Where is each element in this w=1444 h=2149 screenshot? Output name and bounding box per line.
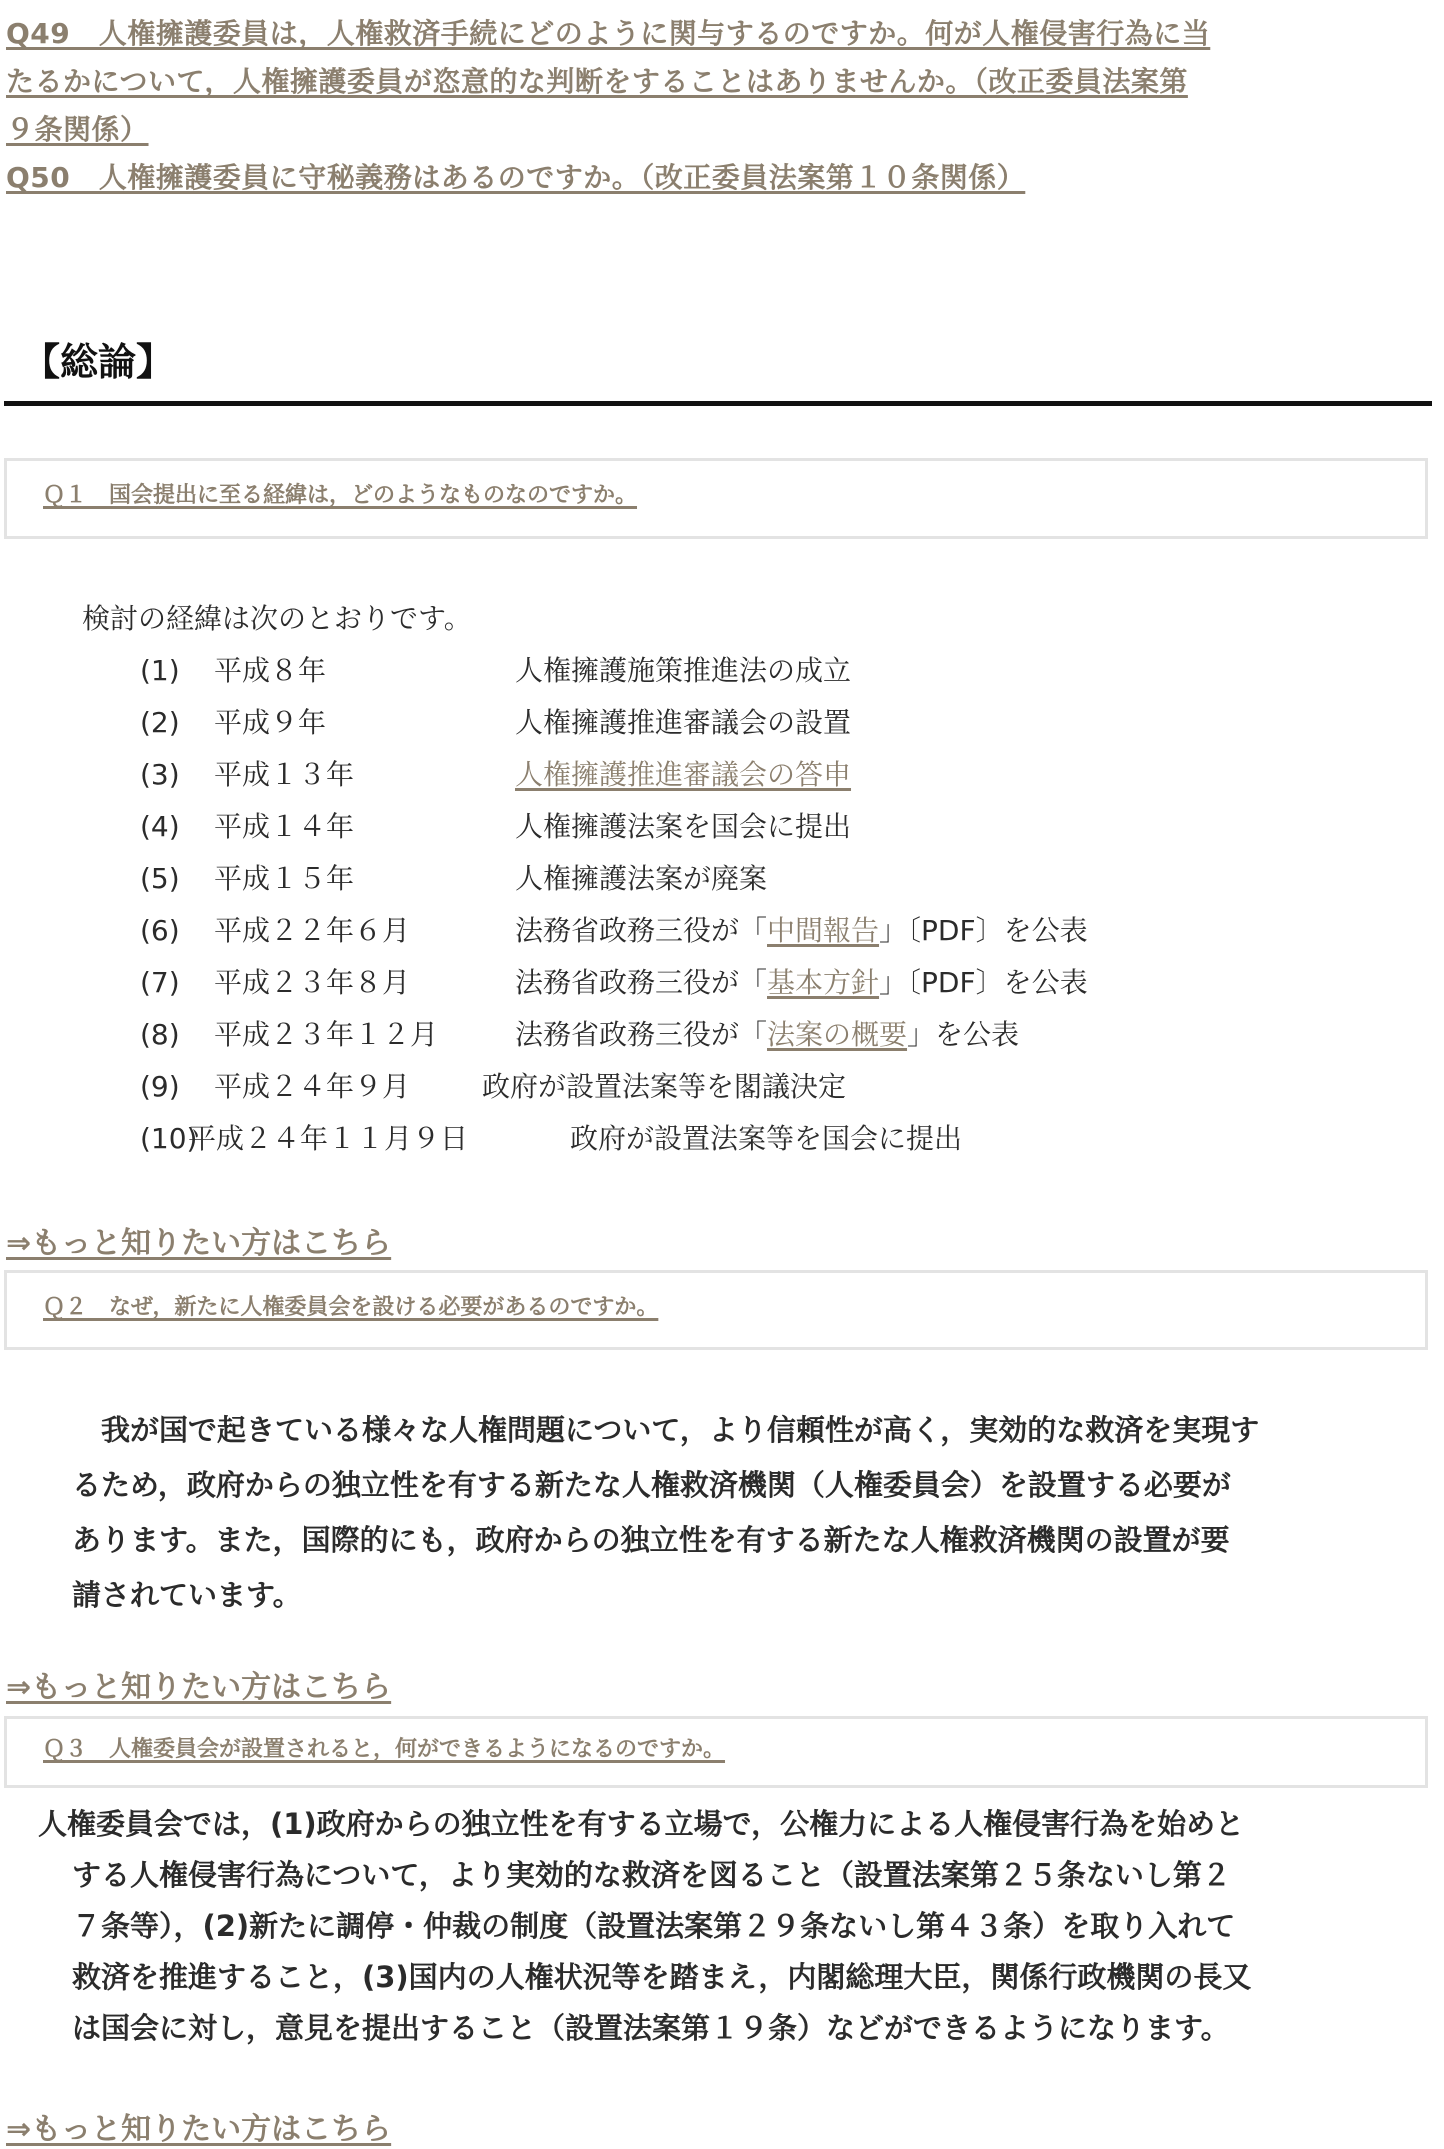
question-link-q3[interactable]: Ｑ３ 人権委員会が設置されると，何ができるようになるのですか。 — [43, 1735, 725, 1765]
more-info-link-q1[interactable]: ⇒もっと知りたい方はこちら — [6, 1224, 391, 1264]
toc-link-q50[interactable]: Q50 人権擁護委員に守秘義務はあるのですか。（改正委員法案第１０条関係） — [6, 161, 1025, 194]
bill-summary-link[interactable]: 法案の概要 — [767, 1018, 907, 1051]
q1-intro: 検討の経緯は次のとおりです。 — [82, 599, 472, 639]
question-link-q1[interactable]: Ｑ１ 国会提出に至る経緯は，どのようなものなのですか。 — [43, 481, 637, 511]
question-box-q3: Ｑ３ 人権委員会が設置されると，何ができるようになるのですか。 — [4, 1716, 1428, 1788]
more-info-link-q3[interactable]: ⇒もっと知りたい方はこちら — [6, 2110, 391, 2149]
toc-item-q50[interactable]: Q50 人権擁護委員に守秘義務はあるのですか。（改正委員法案第１０条関係） — [6, 154, 1426, 202]
q2-answer: 我が国で起きている様々な人権問題について，より信頼性が高く，実効的な救済を実現す… — [72, 1403, 1442, 1623]
interim-report-link[interactable]: 中間報告 — [767, 914, 879, 947]
toc-item-q49[interactable]: Q49 人権擁護委員は，人権救済手続にどのように関与するのですか。何が人権侵害行… — [6, 10, 1426, 154]
question-box-q2: Ｑ２ なぜ，新たに人権委員会を設ける必要があるのですか。 — [4, 1270, 1428, 1350]
section-heading: 【総論】 — [22, 338, 174, 386]
more-info-link-q2[interactable]: ⇒もっと知りたい方はこちら — [6, 1668, 391, 1708]
report-link[interactable]: 人権擁護推進審議会の答申 — [515, 755, 851, 795]
toc-link-q49-line2[interactable]: たるかについて，人権擁護委員が恣意的な判断をすることはありませんか。（改正委員法… — [6, 65, 1188, 98]
toc-list: Q49 人権擁護委員は，人権救済手続にどのように関与するのですか。何が人権侵害行… — [6, 10, 1426, 202]
question-box-q1: Ｑ１ 国会提出に至る経緯は，どのようなものなのですか。 — [4, 458, 1428, 539]
toc-link-q49-line1[interactable]: Q49 人権擁護委員は，人権救済手続にどのように関与するのですか。何が人権侵害行… — [6, 17, 1210, 50]
question-link-q2[interactable]: Ｑ２ なぜ，新たに人権委員会を設ける必要があるのですか。 — [43, 1293, 658, 1323]
q3-answer: 人権委員会では，(1)政府からの独立性を有する立場で，公権力による人権侵害行為を… — [38, 1799, 1438, 2054]
section-divider — [4, 401, 1432, 406]
basic-policy-link[interactable]: 基本方針 — [767, 966, 879, 999]
toc-link-q49-line3[interactable]: ９条関係） — [6, 113, 149, 146]
